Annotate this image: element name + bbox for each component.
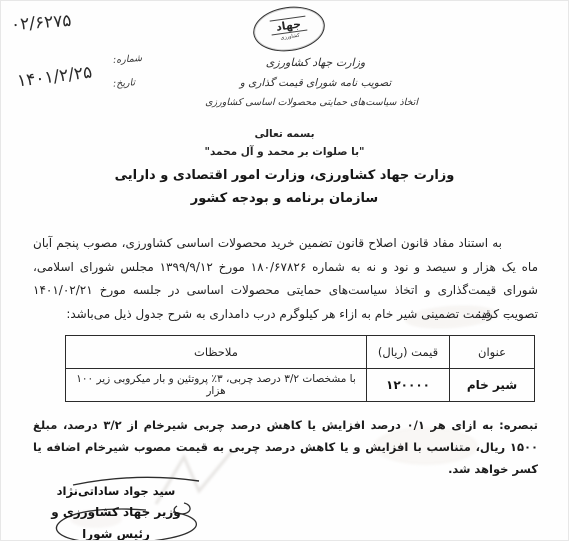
table-row: شیر خام ۱۲۰۰۰۰ با مشخصات ۳/۲ درصد چربی، …	[66, 369, 535, 402]
signatory-title-line-1: وزیر جهاد کشاورزی و	[46, 505, 186, 519]
table-header-remarks: ملاحظات	[66, 336, 367, 369]
letterhead-line-3: اتخاذ سیاست‌های حمایتی محصولات اساسی کشا…	[213, 93, 418, 113]
table-header-price: قیمت (ریال)	[367, 336, 450, 369]
ministry-jihad-logo: جهاد کشاورزی	[250, 2, 327, 56]
note-paragraph: تبصره: به ازای هر ۰/۱ درصد افزایش یا کاه…	[33, 414, 538, 480]
addressee-line-1: وزارت جهاد کشاورزی، وزارت امور اقتصادی و…	[1, 168, 568, 183]
scanned-letter-page: ۰۲/۶۲۷۵ شماره: ۱۴۰۱/۲/۲۵ تاریخ: جهاد کشا…	[0, 0, 569, 541]
addressee-line-2: سازمان برنامه و بودجه کشور	[1, 191, 568, 206]
date-label: تاریخ:	[113, 77, 136, 90]
cell-product-title: شیر خام	[450, 369, 535, 402]
price-table-wrapper: عنوان قیمت (ریال) ملاحظات شیر خام ۱۲۰۰۰۰…	[65, 335, 535, 402]
table-header-title: عنوان	[450, 336, 535, 369]
reference-number-label: شماره:	[113, 53, 143, 66]
cell-price-value: ۱۲۰۰۰۰	[367, 369, 450, 402]
reference-number-handwritten: ۰۲/۶۲۷۵	[10, 11, 72, 35]
salawat-heading: "با صلوات بر محمد و آل محمد"	[1, 146, 568, 158]
signature-block: سید جواد ساداتی‌نژاد وزیر جهاد کشاورزی و…	[46, 484, 186, 541]
letterhead-line-2: تصویب نامه شورای قیمت گذاری و	[213, 73, 418, 93]
bullet-dash: –	[504, 307, 510, 321]
bullet-line: – قیمت تضمینی شیر خام به ازاء هر کیلوگرم…	[34, 307, 510, 321]
logo-main-text: جهاد	[269, 16, 308, 36]
bismillah-heading: بسمه تعالی	[1, 128, 568, 140]
bullet-text: قیمت تضمینی شیر خام به ازاء هر کیلوگرم د…	[66, 307, 491, 321]
signatory-title-line-2: رئیس شورا	[46, 527, 186, 541]
table-header-row: عنوان قیمت (ریال) ملاحظات	[66, 336, 535, 369]
signatory-name: سید جواد ساداتی‌نژاد	[46, 484, 186, 498]
price-table: عنوان قیمت (ریال) ملاحظات شیر خام ۱۲۰۰۰۰…	[65, 335, 535, 402]
cell-remarks: با مشخصات ۳/۲ درصد چربی، ۳٪ پروتئین و با…	[66, 369, 367, 402]
logo-sub-text: کشاورزی	[280, 33, 300, 42]
letterhead-line-1: وزارت جهاد کشاورزی	[213, 53, 418, 73]
letterhead: وزارت جهاد کشاورزی تصویب نامه شورای قیمت…	[213, 53, 418, 113]
date-handwritten: ۱۴۰۱/۲/۲۵	[16, 62, 93, 91]
